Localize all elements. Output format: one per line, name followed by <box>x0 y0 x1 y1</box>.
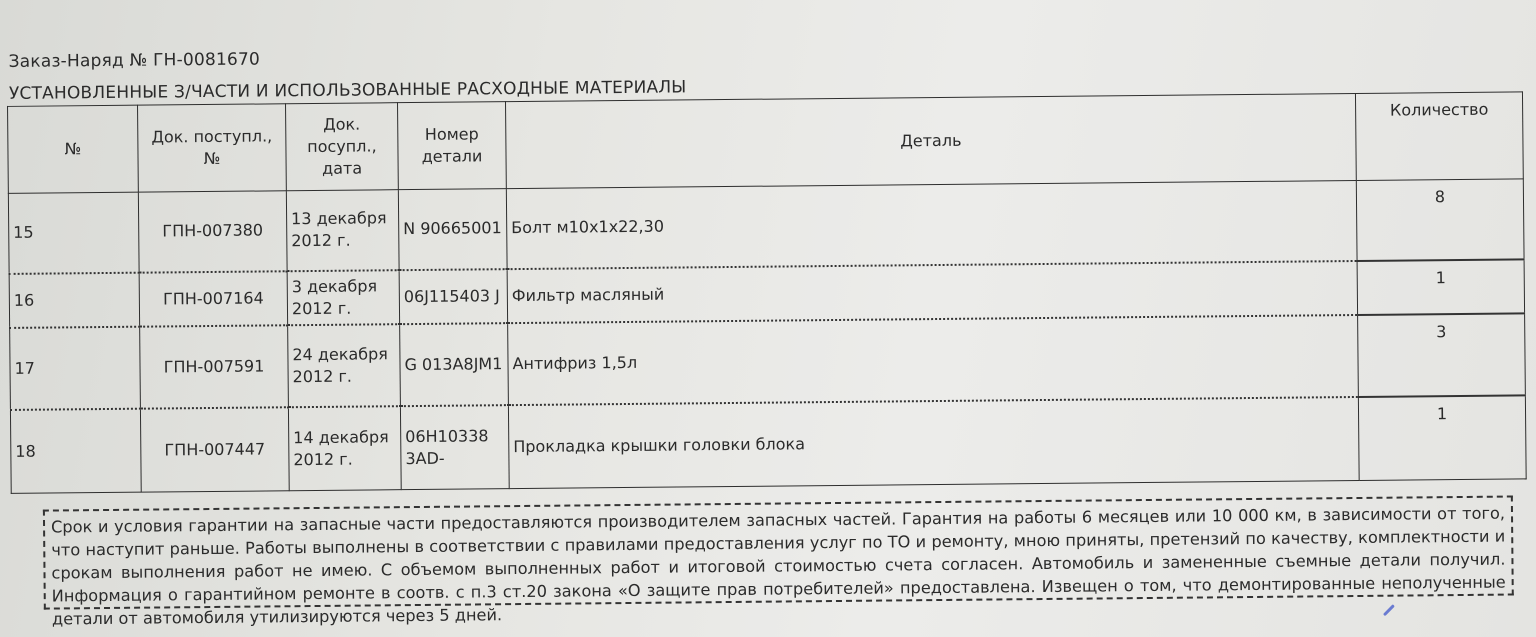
table-row: 17 ГПН-007591 24 декабря 2012 г. G 013A8… <box>10 313 1526 410</box>
header-doc-date: Док. посупл., дата <box>286 103 399 191</box>
header-num: № <box>8 105 139 193</box>
header-doc-no: Док. поступл., № <box>138 104 287 192</box>
warranty-text: Срок и условия гарантии на запасные част… <box>51 502 1506 631</box>
table-header-row: № Док. поступл., № Док. посупл., дата Но… <box>8 92 1524 194</box>
cell-qty: 8 <box>1356 179 1524 261</box>
cell-part-no: 06H10338 3AD- <box>400 405 509 490</box>
cell-num: 16 <box>9 272 140 327</box>
cell-part: Болт м10х1х22,30 <box>506 180 1357 268</box>
cell-part: Прокладка крышки головки блока <box>508 396 1359 488</box>
order-title: Заказ-Наряд № ГН-0081670 <box>8 50 260 72</box>
cell-num: 17 <box>10 326 141 409</box>
header-part: Деталь <box>505 93 1356 188</box>
cell-doc-date: 24 декабря 2012 г. <box>288 324 401 407</box>
cell-part-no: N 90665001 <box>398 189 507 270</box>
table-row: 15 ГПН-007380 13 декабря 2012 г. N 90665… <box>8 179 1524 274</box>
cell-doc-no: ГПН-007380 <box>138 191 287 272</box>
document-sheet: Заказ-Наряд № ГН-0081670 УСТАНОВЛЕННЫЕ З… <box>0 0 1536 637</box>
cell-part-no: 06J115403 J <box>399 269 508 324</box>
cell-qty: 3 <box>1358 313 1526 397</box>
cell-doc-date: 13 декабря 2012 г. <box>286 190 399 271</box>
cell-part-no: G 013A8JM1 <box>400 323 509 406</box>
cell-doc-no: ГПН-007447 <box>140 407 289 492</box>
cell-doc-no: ГПН-007164 <box>139 271 288 326</box>
cell-qty: 1 <box>1357 259 1525 315</box>
cell-qty: 1 <box>1358 395 1526 481</box>
table-row: 18 ГПН-007447 14 декабря 2012 г. 06H1033… <box>10 395 1526 494</box>
parts-table: № Док. поступл., № Док. посупл., дата Но… <box>7 91 1527 494</box>
cell-num: 15 <box>8 192 139 273</box>
cell-doc-no: ГПН-007591 <box>140 325 289 408</box>
cell-doc-date: 3 декабря 2012 г. <box>287 270 400 325</box>
cell-part: Фильтр масляный <box>507 260 1357 322</box>
header-part-no: Номер детали <box>398 102 507 190</box>
warranty-notice: Срок и условия гарантии на запасные част… <box>43 496 1514 610</box>
cell-num: 18 <box>10 408 141 493</box>
cell-doc-date: 14 декабря 2012 г. <box>288 406 401 491</box>
header-qty: Количество <box>1355 92 1523 181</box>
cell-part: Антифриз 1,5л <box>508 314 1359 404</box>
